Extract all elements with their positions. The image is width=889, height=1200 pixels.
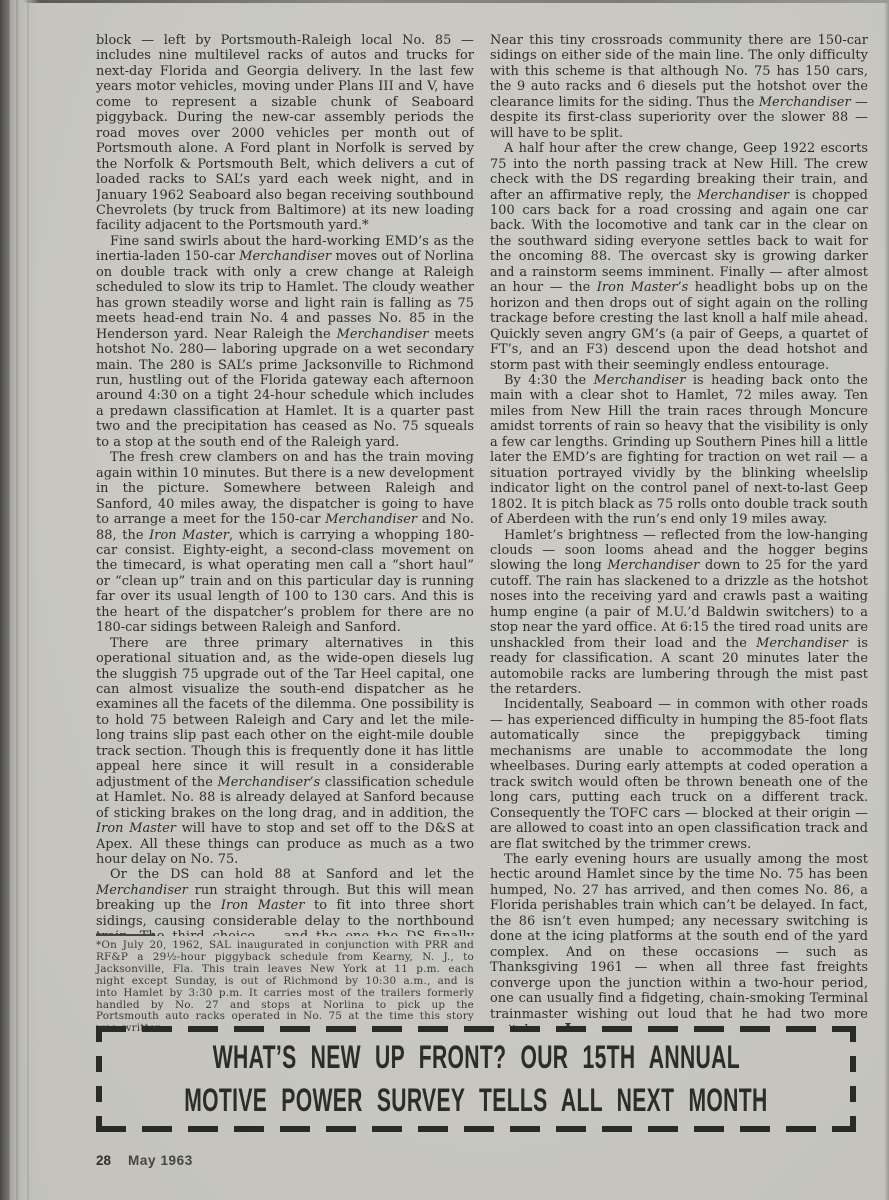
footnote-text: *On July 20, 1962, SAL inaugurated in co… bbox=[96, 940, 474, 1035]
article-paragraph: A half hour after the crew change, Geep … bbox=[490, 141, 868, 373]
promo-box: WHAT’S NEW UP FRONT? OUR 15TH ANNUAL MOT… bbox=[96, 1026, 856, 1132]
article-paragraph: Incidentally, Seaboard — in common with … bbox=[490, 697, 868, 852]
article-paragraph: Hamlet’s brightness — reflected from the… bbox=[490, 528, 868, 698]
promo-text: WHAT’S NEW UP FRONT? OUR 15TH ANNUAL MOT… bbox=[102, 1032, 850, 1126]
article-paragraph: By 4:30 the Merchandiser is heading back… bbox=[490, 373, 868, 528]
article-paragraph: block — left by Portsmouth-Raleigh local… bbox=[96, 33, 474, 234]
promo-box-border-bottom bbox=[96, 1126, 856, 1132]
footnote-block: *On July 20, 1962, SAL inaugurated in co… bbox=[96, 934, 474, 1035]
footnote-rule bbox=[96, 934, 154, 936]
article-paragraph: Near this tiny crossroads community ther… bbox=[490, 33, 868, 141]
page-right-edge bbox=[884, 0, 889, 1200]
issue-date: May 1963 bbox=[128, 1153, 193, 1168]
promo-box-border-right bbox=[850, 1026, 856, 1132]
page-number: 28 bbox=[96, 1153, 111, 1168]
article-paragraph: Fine sand swirls about the hard-working … bbox=[96, 234, 474, 450]
magazine-page: block — left by Portsmouth-Raleigh local… bbox=[0, 0, 889, 1200]
left-column: block — left by Portsmouth-Raleigh local… bbox=[96, 33, 474, 936]
page-footer: 28 May 1963 bbox=[96, 1153, 193, 1168]
promo-line-2: MOTIVE POWER SURVEY TELLS ALL NEXT MONTH bbox=[184, 1079, 767, 1122]
article-paragraph: The early evening hours are usually amon… bbox=[490, 852, 868, 1027]
article-paragraph: The fresh crew clambers on and has the t… bbox=[96, 450, 474, 635]
promo-line-1: WHAT’S NEW UP FRONT? OUR 15TH ANNUAL bbox=[212, 1036, 739, 1079]
binding-edge bbox=[0, 0, 40, 1200]
article-paragraph: There are three primary alternatives in … bbox=[96, 636, 474, 868]
article-paragraph: Or the DS can hold 88 at Sanford and let… bbox=[96, 867, 474, 936]
right-column: Near this tiny crossroads community ther… bbox=[490, 33, 868, 1027]
page-top-edge bbox=[0, 0, 889, 3]
